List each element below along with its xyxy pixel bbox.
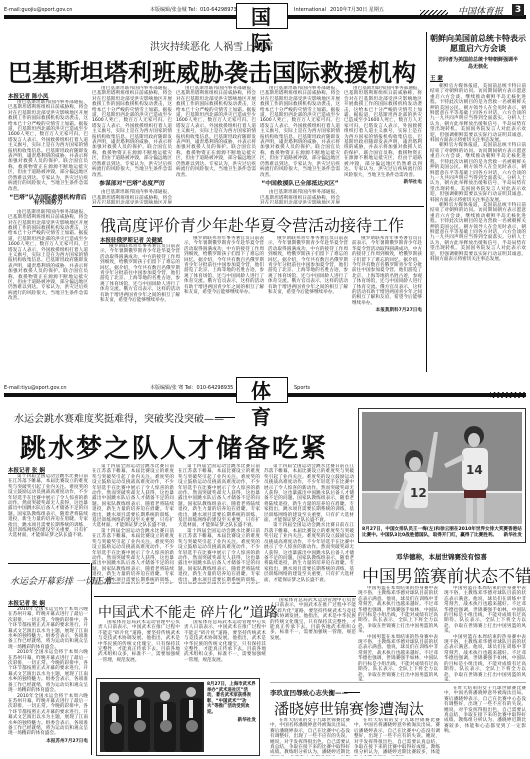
wushu-col-3: 国家体育总局武术运动管理中心负责人日前表示，中国武术在推广过程中不能走“碎片化”… <box>270 598 356 670</box>
kicker-dash <box>215 417 235 418</box>
intl-lead-kicker: 洪灾持续恶化 人祸雪上加霜 <box>150 38 273 53</box>
intl-sidebar: 朝鲜向美国前总统卡特表示愿重启六方会谈 访问者为美国前总统卡特朝鲜强调半岛无核化… <box>430 34 526 370</box>
issue-date: 2010年7月30日 星期五 <box>330 7 384 13</box>
intl-second-byline: 本报驻俄罗斯记者 关健斌 <box>100 236 162 244</box>
pool-headline: 潘晓婷世锦赛惨遭淘汰 <box>274 698 424 719</box>
sports-section-en: Sports <box>294 385 310 391</box>
sidebar-byline: 王 蒙 <box>430 74 526 82</box>
wushu-headline: 中国武术不能走 碎片化”道路 <box>98 602 278 622</box>
sports-lead-headline: 跳水梦之队人才储备吃紧 <box>20 428 328 465</box>
svg-text:14: 14 <box>466 463 483 477</box>
intl-second-col-2: 俄罗斯联邦青年事务署官员日前表示，今年暑期俄罗斯青少年赴华夏令营活动取得圆满成功… <box>184 236 264 366</box>
sidebar-headline: 朝鲜向美国前总统卡特表示愿重启六方会谈 <box>430 34 526 54</box>
intl-second-col-3: 俄罗斯联邦青年事务署官员日前表示，今年暑期俄罗斯青少年赴华夏令营活动取得圆满成功… <box>268 236 348 366</box>
intl-second-headline: 俄高度评价青少年赴华夏令营活动接待工作 <box>100 213 404 236</box>
intl-lead-byline: 本报记者 陈小凤 <box>8 92 48 100</box>
sports-section-label: 体育 <box>236 377 288 403</box>
wushu-col-2: 国家体育总局武术运动管理中心负责人日前表示，中国武术在推广过程中不能走“碎片化”… <box>184 620 266 670</box>
sports-lead-col-1: 第十四届全国运动会跳水比赛日前在江苏落下帷幕，本届比赛设立的难度奖与突破奖引起了… <box>8 474 88 560</box>
pool-kicker: 李玖宣凹辱致心志失衡—— <box>270 688 348 697</box>
decorative-hatch <box>420 10 448 16</box>
side-story-body: 2010年全国水运会将于本周六晚在苏州开幕，昨晚开幕式进行了最后一次彩排，一切正… <box>8 607 88 755</box>
sports-lead-byline: 本报记者 张 娴 <box>8 466 45 474</box>
wushu-photo <box>100 682 204 752</box>
wushu-photo-frame: 8月27日，上海市武术界举办“武术进社区”活动，著名武术家获得表彰，“中国武术”… <box>96 678 260 756</box>
pool-kicker-dash <box>344 692 360 693</box>
side-story-byline: 本报记者 张 娴 <box>8 599 45 607</box>
intl-lead-headline: 巴基斯坦塔利班威胁袭击国际救援机构 <box>8 53 416 88</box>
masthead-logo: 中国体育报 <box>458 4 503 17</box>
basketball-kicker: 邓华德称，本届世锦赛没有惊喜 <box>396 552 487 561</box>
wushu-col-1: 国家体育总局武术运动管理中心负责人日前表示，中国武术在推广过程中不能走“碎片化”… <box>98 620 180 670</box>
intl-divider <box>92 206 424 207</box>
volleyball-photo-frame: 12 14 8月27日，中国女排队员王一梅(左)和徐云丽在2010年世界女排大奖… <box>358 408 526 543</box>
international-email: E-mail:guojiu@sport.gov.cn <box>4 7 72 13</box>
basketball-divider <box>270 682 526 683</box>
page-number: 3 <box>512 4 524 16</box>
international-section-label: 国际 <box>236 3 288 29</box>
svg-text:12: 12 <box>410 486 427 500</box>
pool-col-3: 在昨天结束的女子九球世锦赛比赛中，中国名将潘晓婷意外被淘汰出局。赛后潘晓婷表示，… <box>444 686 526 756</box>
basketball-col-2: 中国男篮在本周结束的热身赛中表现不俗，主教练邓华德对球队目前的状态表示满意。他说… <box>444 586 526 681</box>
intl-lead-col-1: 由巴基斯坦联邦国内事务部通报，巴基斯坦塔利班组织日前威胁称，将会对在巴基斯坦北部… <box>8 100 88 370</box>
intl-lead-col-2: 由巴基斯坦联邦国内事务部通报，巴基斯坦塔利班组织日前威胁称，将会对在巴基斯坦北部… <box>92 86 172 204</box>
side-story-headline: 水运会开幕彩排 一切正常 <box>10 574 112 587</box>
sidebar-subtitle: 访问者为美国前总统卡特朝鲜强调半岛无核化 <box>430 57 526 70</box>
side-story-rule <box>91 563 92 755</box>
sports-lead-kicker: 水运会跳水赛难度奖挺难得，突破奖没突破—— <box>14 410 224 425</box>
international-editor-phone: 本版编辑/张金城 Tel：010-64298973 <box>150 7 237 13</box>
intl-lead-col-4: 由巴基斯坦联邦国内事务部通报，巴基斯坦塔利班组织日前威胁称，将会对在巴基斯坦北部… <box>260 86 340 204</box>
volleyball-photo: 12 14 <box>362 412 522 524</box>
intl-sidebar-rule <box>426 32 427 372</box>
sports-editor-phone: 本版编辑/张 骞 Tel：010-64298935 <box>150 385 233 391</box>
basketball-col-1: 中国男篮在本周结束的热身赛中表现不俗，主教练邓华德对球队目前的状态表示满意。他说… <box>358 586 438 681</box>
international-section-en: International <box>294 7 326 13</box>
sports-lead-col-3: 第十四届全国运动会跳水比赛日前在江苏落下帷幕，本届比赛设立的难度奖与突破奖引起了… <box>178 464 260 584</box>
volleyball-photo-caption: 8月27日，中国女排队员王一梅(左)和徐云丽在2010年世界女排大奖赛香港站比赛… <box>362 527 522 538</box>
intl-lead-col-5: 由巴基斯坦联邦国内事务部通报，巴基斯坦塔利班组织日前威胁称，将会对在巴基斯坦北部… <box>344 86 422 204</box>
side-story-top-rule <box>8 563 90 564</box>
wushu-top-rule <box>94 596 356 597</box>
pool-col-1: 在昨天结束的女子九球世锦赛比赛中，中国名将潘晓婷意外被淘汰出局。赛后潘晓婷表示，… <box>270 718 350 756</box>
sports-lead-col-2: 第十四届全国运动会跳水比赛日前在江苏落下帷幕，本届比赛设立的难度奖与突破奖引起了… <box>92 464 174 584</box>
intl-second-col-4: 俄罗斯联邦青年事务署官员日前表示，今年暑期俄罗斯青少年赴华夏令营活动取得圆满成功… <box>352 236 422 366</box>
intl-second-col-1: 俄罗斯联邦青年事务署官员日前表示，今年暑期俄罗斯青少年赴华夏令营活动取得圆满成功… <box>100 244 180 366</box>
sports-email: E-mail:tiyu@sport.gov.cn <box>4 385 67 391</box>
decorative-hatch <box>490 392 526 398</box>
wushu-photo-caption: 8月27日，上海市武术界举办“武术进社区”活动，著名武术家获得表彰，“中国武术”… <box>207 682 256 752</box>
intl-lead-col-3: 由巴基斯坦联邦国内事务部通报，巴基斯坦塔利班组织日前威胁称，将会对在巴基斯坦北部… <box>176 86 256 204</box>
pool-col-2: 在昨天结束的女子九球世锦赛比赛中，中国名将潘晓婷意外被淘汰出局。赛后潘晓婷表示，… <box>354 718 440 756</box>
basketball-headline: 中国男篮赛前状态不错 <box>362 562 530 587</box>
sports-lead-col-4: 第十四届全国运动会跳水比赛日前在江苏落下帷幕，本届比赛设立的难度奖与突破奖引起了… <box>264 464 354 584</box>
